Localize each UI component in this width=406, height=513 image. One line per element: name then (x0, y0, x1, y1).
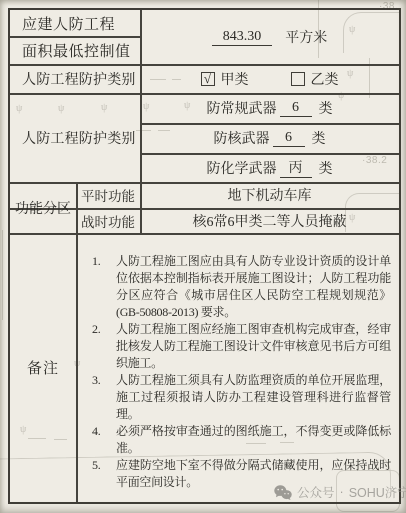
option-yi: 乙类 (291, 69, 339, 89)
required-area-label-line1: 应建人防工程 (10, 10, 140, 36)
label-text: 平时功能 (81, 185, 135, 205)
option-jia: √ 甲类 (201, 69, 249, 89)
protection-grade-label: 人防工程防护类别 (10, 93, 140, 182)
option-label: 乙类 (311, 69, 339, 89)
weapon-unit: 类 (319, 98, 333, 118)
remark-item: 2. 人防工程施工图应经施工图审查机构完成审查，经审批核发人防工程施工图设计文件… (92, 321, 391, 372)
pafd-control-index-table: 应建人防工程 面积最低控制值 843.30 平方米 人防工程防护类别 √ 甲类 … (8, 8, 401, 504)
remark-number: 3. (92, 372, 116, 423)
weapon-row-nuclear: 防核武器 6 类 (140, 123, 399, 153)
check-mark: √ (204, 72, 211, 85)
label-text: 战时功能 (81, 211, 135, 231)
weapon-grade: 6 (280, 100, 312, 117)
remark-text: 必须严格按审查通过的图纸施工，不得变更或降低标准。 (116, 423, 391, 457)
checkbox-empty-icon (291, 72, 305, 86)
label-text: 面积最低控制值 (22, 40, 131, 61)
weapon-name: 防核武器 (214, 128, 270, 148)
wartime-value: 核6常6甲类二等人员掩蔽 (140, 208, 399, 233)
checkbox-checked-icon: √ (201, 72, 215, 86)
label-text: 人防工程防护类别 (22, 128, 136, 148)
remark-number: 2. (92, 321, 116, 372)
weapon-row-chemical: 防化学武器 丙 类 (140, 153, 399, 182)
protection-class-options: √ 甲类 乙类 (140, 64, 399, 93)
required-area-value-cell: 843.30 平方米 (140, 10, 399, 64)
remark-number: 4. (92, 423, 116, 457)
peacetime-label: 平时功能 (76, 182, 140, 208)
label-text: 人防工程防护类别 (22, 69, 136, 89)
label-text: 应建人防工程 (22, 13, 115, 34)
remarks-list: 1. 人防工程施工图应由具有人防专业设计资质的设计单位依据本控制指标表开展施工图… (76, 233, 399, 502)
area-value: 843.30 (212, 29, 273, 46)
area-unit: 平方米 (285, 27, 327, 47)
remark-number: 5. (92, 457, 116, 491)
wartime-label: 战时功能 (76, 208, 140, 233)
label-text: 备注 (27, 357, 59, 378)
watermark-account: SOHU济宁 (349, 483, 406, 501)
sohu-account-watermark: 公众号 · SOHU济宁 (274, 483, 406, 501)
function-zone-label: 功能分区 (10, 182, 76, 233)
weapon-row-conventional: 防常规武器 6 类 (140, 93, 399, 123)
peacetime-value: 地下机动车库 (140, 182, 399, 208)
remark-text: 人防工程施工图应由具有人防专业设计资质的设计单位依据本控制指标表开展施工图设计；… (116, 253, 391, 321)
remark-text: 人防工程施工须具有人防监理资质的单位开展监理，施工过程须报请人防办工程建设管理科… (116, 372, 391, 423)
remarks-label: 备注 (10, 233, 76, 502)
watermark-separator: · (340, 485, 344, 499)
remark-item: 3. 人防工程施工须具有人防监理资质的单位开展监理，施工过程须报请人防办工程建设… (92, 372, 391, 423)
value-text: 核6常6甲类二等人员掩蔽 (193, 211, 347, 231)
weapon-grade: 丙 (280, 157, 312, 178)
wechat-icon (274, 485, 292, 500)
protection-class-label: 人防工程防护类别 (10, 64, 140, 93)
weapon-unit: 类 (319, 158, 333, 178)
remark-item: 4. 必须严格按审查通过的图纸施工，不得变更或降低标准。 (92, 423, 391, 457)
weapon-name: 防常规武器 (207, 98, 277, 118)
value-text: 地下机动车库 (228, 185, 312, 205)
option-label: 甲类 (221, 69, 249, 89)
remark-text: 人防工程施工图应经施工图审查机构完成审查，经审批核发人防工程施工图设计文件审核意… (116, 321, 391, 372)
weapon-unit: 类 (312, 128, 326, 148)
remark-number: 1. (92, 253, 116, 321)
required-area-label-line2: 面积最低控制值 (10, 36, 140, 64)
plan-line (2, 230, 3, 320)
scanned-planning-sheet: ·38. ·38.2 ψ ψ ψ ψ ψ ψ ψ ψ ψ ψ ψ 应建人防工程 (0, 0, 406, 513)
label-text: 功能分区 (15, 198, 71, 218)
remark-item: 1. 人防工程施工图应由具有人防专业设计资质的设计单位依据本控制指标表开展施工图… (92, 253, 391, 321)
weapon-grade: 6 (273, 130, 305, 147)
weapon-name: 防化学武器 (207, 158, 277, 178)
watermark-label: 公众号 (297, 483, 335, 501)
